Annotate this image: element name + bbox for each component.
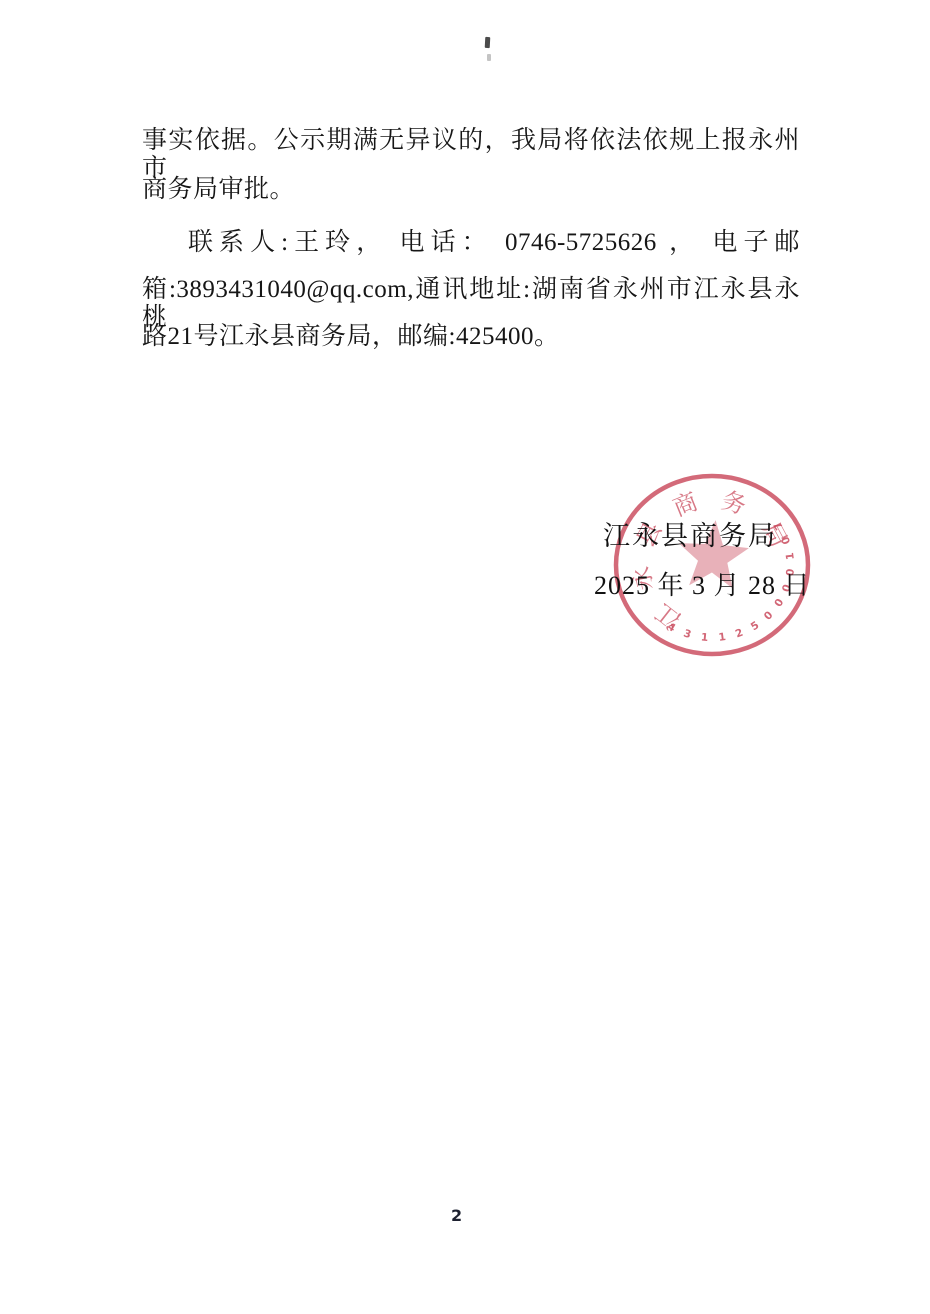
body-line: 联系人:王玲， 电话： 0746-5725626 ， 电子邮: [142, 229, 800, 257]
seal-code-digit: 2: [734, 627, 745, 641]
document-page: 事实依据。公示期满无异议的，我局将依法依规上报永州市 商务局审批。 联系人:王玲…: [0, 0, 930, 1314]
seal-code-digit: 1: [700, 631, 708, 644]
body-line: 路21号江永县商务局，邮编:425400。: [142, 323, 800, 351]
seal-code-digit: 1: [784, 552, 797, 561]
scan-artifact: [487, 54, 491, 61]
signature-date: 2025 年 3 月 28 日: [594, 565, 811, 602]
seal-code-digit: 5: [749, 619, 762, 633]
signature-org: 江永县商务局: [603, 514, 777, 553]
body-line: 商务局审批。: [142, 176, 800, 204]
seal-code-digit: 3: [682, 627, 693, 641]
page-number: 2: [451, 1206, 462, 1225]
seal-code-digit: 0: [762, 609, 776, 623]
body-line: 事实依据。公示期满无异议的，我局将依法依规上报永州市: [142, 127, 800, 183]
seal-code-digit: 1: [718, 631, 727, 644]
scan-artifact: [485, 37, 491, 48]
